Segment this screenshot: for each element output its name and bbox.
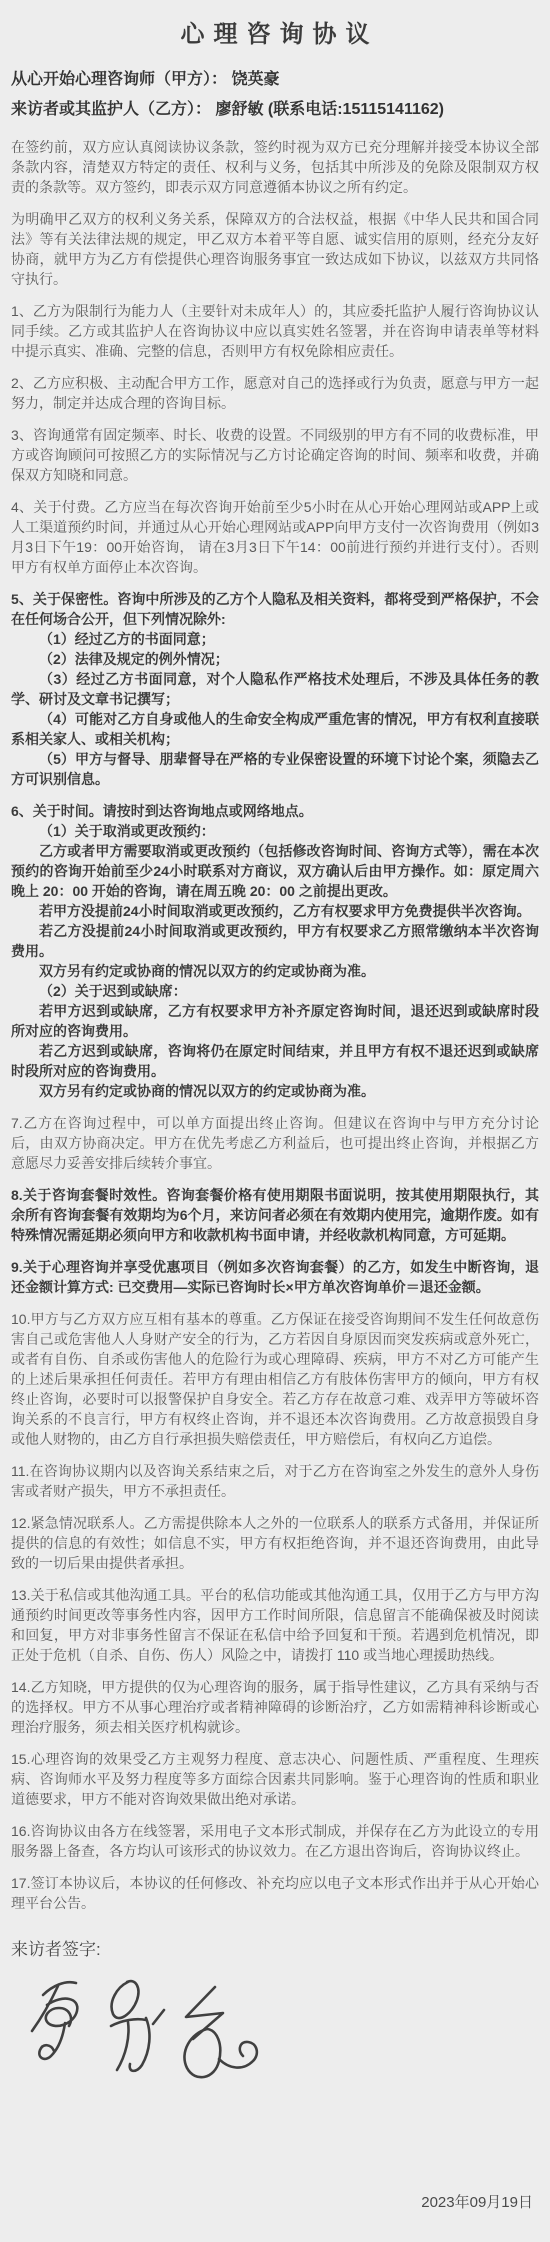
clause-8: 8.关于咨询套餐时效性。咨询套餐价格有使用期限书面说明，按其使用期限执行，其余所… (11, 1185, 539, 1245)
visitor-signature-label: 来访者签字: (11, 1939, 539, 1961)
clause-5-item-1: （1）经过乙方的书面同意； (11, 629, 539, 649)
clause-6-item-1-para-1: 乙方或者甲方需要取消或更改预约（包括修改咨询时间、咨询方式等），需在本次预约的咨… (11, 841, 539, 901)
clause-6-item-1-para-2: 若甲方没提前24小时间取消或更改预约，乙方有权要求甲方免费提供半次咨询。 (11, 901, 539, 921)
clause-4: 4、关于付费。乙方应当在每次咨询开始前至少5小时在从心开始心理网站或APP上或人… (11, 497, 539, 577)
clause-6-item-1: （1）关于取消或更改预约： (11, 821, 539, 841)
clause-15: 15.心理咨询的效果受乙方主观努力程度、意志决心、问题性质、严重程度、生理疾病、… (11, 1749, 539, 1809)
clause-5-item-5: （5）甲方与督导、朋辈督导在严格的专业保密设置的环境下讨论个案，须隐去乙方可识别… (11, 749, 539, 789)
clause-6-item-2-para-1: 若甲方迟到或缺席，乙方有权要求甲方补齐原定咨询时间，退还迟到或缺席时段所对应的咨… (11, 1001, 539, 1041)
signature-section: 来访者签字: (11, 1939, 539, 2107)
clause-6-item-2-para-3: 双方另有约定或协商的情况以双方的约定或协商为准。 (11, 1081, 539, 1101)
clause-6-item-2-para-2: 若乙方迟到或缺席，咨询将仍在原定时间结束，并且甲方有权不退还迟到或缺席时段所对应… (11, 1041, 539, 1081)
clause-3: 3、咨询通常有固定频率、时长、收费的设置。不同级别的甲方有不同的收费标准，甲方或… (11, 425, 539, 485)
clause-13: 13.关于私信或其他沟通工具。平台的私信功能或其他沟通工具，仅用于乙方与甲方沟通… (11, 1585, 539, 1665)
intro-1: 在签约前，双方应认真阅读协议条款，签约时视为双方已充分理解并接受本协议全部条款内… (11, 137, 539, 197)
clause-14: 14.乙方知晓，甲方提供的仅为心理咨询的服务，属于指导性建议，乙方具有采纳与否的… (11, 1677, 539, 1737)
document-title: 心理咨询协议 (11, 12, 539, 49)
clause-12: 12.紧急情况联系人。乙方需提供除本人之外的一位联系人的联系方式备用，并保证所提… (11, 1513, 539, 1573)
clause-5: 5、关于保密性。咨询中所涉及的乙方个人隐私及相关资料，都将受到严格保护，不会在任… (11, 589, 539, 629)
clause-5-item-2: （2）法律及规定的例外情况； (11, 649, 539, 669)
clause-10: 10.甲方与乙方双方应互相有基本的尊重。乙方保证在接受咨询期间不发生任何故意伤害… (11, 1309, 539, 1449)
clause-6-item-2: （2）关于迟到或缺席： (11, 981, 539, 1001)
clauses: 在签约前，双方应认真阅读协议条款，签约时视为双方已充分理解并接受本协议全部条款内… (11, 137, 539, 1913)
party-a-line: 从心开始心理咨询师（甲方）： 饶英豪 (11, 65, 539, 95)
intro-2: 为明确甲乙双方的权利义务关系，保障双方的合法权益，根据《中华人民共和国合同法》等… (11, 209, 539, 289)
handwritten-signature (19, 1971, 271, 2107)
clause-16: 16.咨询协议由各方在线签署，采用电子文本形式制成，并保存在乙方为此设立的专用服… (11, 1821, 539, 1861)
clause-6-item-1-para-3: 若乙方没提前24小时间取消或更改预约，甲方有权要求乙方照常缴纳本半次咨询费用。 (11, 921, 539, 961)
party-b-line: 来访者或其监护人（乙方）： 廖舒敏 (联系电话:15115141162) (11, 95, 539, 125)
clause-2: 2、乙方应积极、主动配合甲方工作，愿意对自己的选择或行为负责，愿意与甲方一起努力… (11, 373, 539, 413)
signature-date: 2023年09月19日 (11, 2191, 539, 2212)
clause-6: 6、关于时间。请按时到达咨询地点或网络地点。 (11, 801, 539, 821)
clause-9: 9.关于心理咨询并享受优惠项目（例如多次咨询套餐）的乙方，如发生中断咨询，退还金… (11, 1257, 539, 1297)
clause-5-item-4: （4）可能对乙方自身或他人的生命安全构成严重危害的情况，甲方有权利直接联系相关家… (11, 709, 539, 749)
signature-scribble-icon (19, 1971, 271, 2107)
clause-17: 17.签订本协议后，本协议的任何修改、补充均应以电子文本形式作出并于从心开始心理… (11, 1873, 539, 1913)
party-block: 从心开始心理咨询师（甲方）： 饶英豪 来访者或其监护人（乙方）： 廖舒敏 (联系… (11, 65, 539, 125)
clause-1: 1、乙方为限制行为能力人（主要针对未成年人）的，其应委托监护人履行咨询协议认同手… (11, 301, 539, 361)
clause-6-item-1-para-4: 双方另有约定或协商的情况以双方的约定或协商为准。 (11, 961, 539, 981)
clause-11: 11.在咨询协议期内以及咨询关系结束之后，对于乙方在咨询室之外发生的意外人身伤害… (11, 1461, 539, 1501)
clause-7: 7.乙方在咨询过程中，可以单方面提出终止咨询。但建议在咨询中与甲方充分讨论后，由… (11, 1113, 539, 1173)
agreement-page: 心理咨询协议 从心开始心理咨询师（甲方）： 饶英豪 来访者或其监护人（乙方）： … (0, 0, 550, 2242)
clause-5-item-3: （3）经过乙方书面同意，对个人隐私作严格技术处理后，不涉及具体任务的教学、研讨及… (11, 669, 539, 709)
